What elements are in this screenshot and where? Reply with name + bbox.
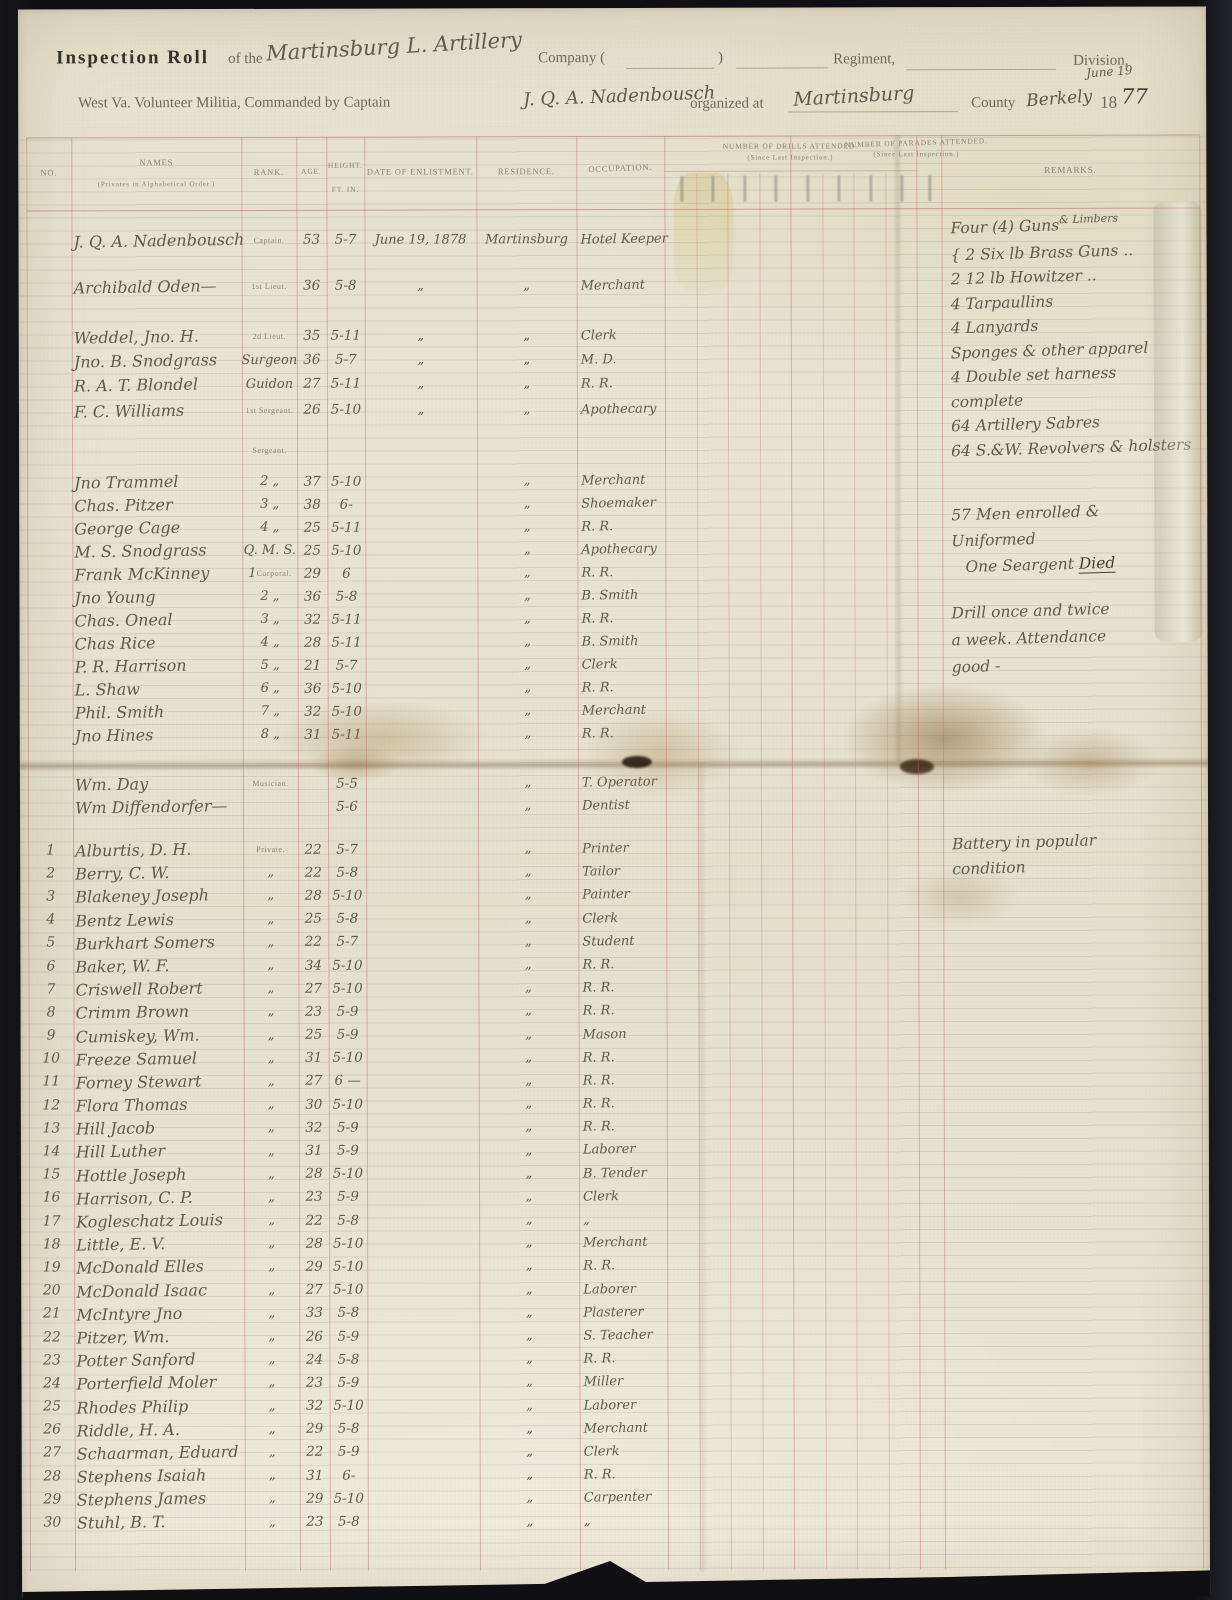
height-cell: 5-8	[329, 1209, 367, 1232]
occupation-cell: R. R.	[579, 1346, 671, 1371]
height-cell: 5-8	[329, 1348, 367, 1371]
residence-cell: „	[480, 1463, 580, 1486]
rank-cell: 1st Lieut.	[242, 274, 297, 298]
height-cell: 6-	[330, 1464, 368, 1487]
rank-cell: 3 „	[242, 608, 297, 631]
remarks-condition-note: Battery in popularcondition	[952, 828, 1202, 878]
age-cell: 36	[297, 348, 327, 372]
height-cell: 5-10	[327, 398, 365, 422]
roster-row: 16Harrison, C. P.„ 235-9„Clerk	[21, 1183, 1209, 1209]
residence-cell: „	[478, 794, 578, 817]
name-cell: Riddle, H. A.	[76, 1416, 244, 1442]
age-cell: 28	[298, 631, 328, 654]
name-cell: Crimm Brown	[75, 999, 243, 1025]
occupation-cell: R. R.	[579, 1114, 671, 1139]
rank-cell: 3 „	[242, 493, 297, 516]
residence-cell: „	[479, 1347, 579, 1370]
occupation-cell: R. R.	[577, 560, 669, 585]
row-number: 1	[28, 838, 73, 861]
rank-printed: Private.	[256, 845, 285, 854]
occupation-cell: Shoemaker	[577, 491, 669, 516]
height-cell: 5-10	[327, 470, 365, 493]
age-cell: 32	[297, 608, 327, 631]
occupation-cell: Laborer	[579, 1138, 671, 1163]
residence-cell: „	[477, 371, 577, 395]
height-cell: 5-9	[329, 1116, 367, 1139]
name-cell: Kogleschatz Louis	[76, 1208, 244, 1234]
residence-cell: „	[478, 976, 578, 999]
roster-row: 5Burkhart Somers„ 225-7„Student	[20, 928, 1208, 954]
residence-cell: „	[478, 676, 578, 699]
residence-cell: „	[479, 1046, 579, 1069]
occupation-cell: R. R.	[579, 1254, 671, 1279]
col-header-height-units: Ft. In.	[326, 185, 364, 195]
residence-cell: „	[477, 584, 577, 607]
age-cell: 29	[300, 1487, 330, 1510]
height-cell: 5-9	[329, 1139, 367, 1162]
age-cell: 34	[298, 954, 328, 977]
row-number: 22	[29, 1325, 74, 1348]
row-number: 24	[29, 1372, 74, 1395]
age-cell: 22	[298, 838, 328, 861]
remark-superscript: & Limbers	[1059, 212, 1118, 227]
rank-handwritten: 3 „	[260, 497, 279, 512]
remarks-enrollment-note: 57 Men enrolled &Uniformed One Seargent …	[951, 498, 1201, 577]
row-number: 27	[30, 1441, 75, 1464]
row-number: 9	[29, 1024, 74, 1047]
name-cell: Weddel, Jno. H.	[74, 323, 242, 350]
residence-cell: „	[479, 1185, 579, 1208]
age-cell: 24	[299, 1348, 329, 1371]
row-number: 20	[29, 1279, 74, 1302]
height-cell: 5-9	[329, 1023, 367, 1046]
rank-handwritten: 6 „	[261, 681, 280, 696]
age-cell: 37	[297, 470, 327, 493]
county-handwritten: Berkely	[1026, 86, 1093, 111]
rank-cell: „	[244, 1302, 299, 1325]
rank-handwritten: „	[269, 1352, 276, 1367]
roster-row: 22Pitzer, Wm.„ 265-9„S. Teacher	[21, 1322, 1209, 1348]
name-cell: Phil. Smith	[75, 699, 243, 725]
bottom-edge-tear	[22, 1554, 1210, 1599]
name-cell: Jno Trammel	[74, 469, 242, 495]
organized-blank	[788, 111, 958, 112]
residence-cell: „	[479, 1370, 579, 1393]
height-cell: 5-8	[330, 1510, 368, 1533]
occupation-cell: Clerk	[577, 652, 669, 677]
height-cell: 5-6	[328, 795, 366, 818]
name-cell: Frank McKinney	[74, 561, 242, 587]
row-number: 25	[30, 1395, 75, 1418]
name-cell: Chas. Oneal	[74, 607, 242, 633]
roster-row: 24Porterfield Moler„ 235-9„Miller	[21, 1369, 1209, 1395]
height-cell: 5-10	[328, 677, 366, 700]
name-cell: Potter Sanford	[76, 1347, 244, 1373]
occupation-cell: Apothecary	[577, 396, 669, 422]
attendance-vertical-label-mark	[838, 175, 841, 201]
name-cell: Blakeney Joseph	[75, 883, 243, 909]
rank-cell: „	[245, 1418, 300, 1441]
residence-cell: „	[480, 1486, 580, 1509]
regiment-label: Regiment,	[833, 51, 895, 68]
residence-cell: „	[478, 699, 578, 722]
name-cell: Schaarman, Eduard	[77, 1440, 245, 1466]
rank-handwritten: 4 „	[260, 635, 279, 650]
rank-cell: 1st Sergeant.	[242, 398, 297, 422]
height-cell: 5-10	[329, 1162, 367, 1185]
occupation-cell: R. R.	[578, 675, 670, 700]
rank-cell: „	[245, 1510, 300, 1533]
rank-handwritten: „	[268, 1143, 275, 1158]
roster-row: 13Hill Jacob„ 325-9„R. R.	[21, 1114, 1209, 1140]
age-cell: 36	[298, 677, 328, 700]
rank-cell: „	[244, 1186, 299, 1209]
rank-handwritten: „	[268, 1306, 275, 1321]
occupation-cell: R. R.	[579, 1068, 671, 1093]
rank-handwritten: „	[269, 1445, 276, 1460]
residence-cell: „	[477, 607, 577, 630]
rank-handwritten: 3 „	[260, 612, 279, 627]
rank-handwritten: „	[267, 912, 274, 927]
name-cell: Stuhl, B. T.	[77, 1509, 245, 1535]
rank-cell: „	[245, 1394, 300, 1417]
height-cell: 5-8	[330, 1417, 368, 1440]
residence-cell: „	[479, 1162, 579, 1185]
residence-cell: „	[478, 630, 578, 653]
height-cell: 5-11	[327, 324, 365, 348]
rank-handwritten: „	[268, 1120, 275, 1135]
rank-handwritten: „	[268, 958, 275, 973]
age-cell: 26	[297, 398, 327, 422]
regiment-blank	[906, 69, 1056, 70]
height-cell: 5-10	[329, 1278, 367, 1301]
rank-cell: „	[243, 907, 298, 930]
name-cell: J. Q. A. Nadenbousch	[73, 227, 241, 254]
height-cell: 5-10	[328, 884, 366, 907]
height-cell: 5-7	[326, 228, 364, 252]
age-cell: 25	[297, 516, 327, 539]
rank-handwritten: „	[269, 1468, 276, 1483]
residence-cell: „	[478, 837, 578, 860]
residence-cell: Martinsburg	[476, 227, 576, 251]
residence-cell: „	[477, 515, 577, 538]
occupation-cell: Laborer	[579, 1393, 671, 1418]
roster-row: 19McDonald Elles„ 295-10„R. R.	[21, 1253, 1209, 1279]
col-header-height: Height.	[326, 161, 364, 171]
height-cell: 5-10	[329, 1093, 367, 1116]
roster-row: 14Hill Luther„ 315-9„Laborer	[21, 1137, 1209, 1163]
rank-cell: „	[244, 1255, 299, 1278]
rank-cell: „	[245, 1464, 300, 1487]
occupation-cell: R. R.	[578, 975, 670, 1000]
residence-cell: „	[477, 397, 577, 421]
name-cell: Jno Young	[74, 584, 242, 610]
age-cell: 25	[298, 907, 328, 930]
col-header-names-sub: (Privates in Alphabetical Order.)	[71, 179, 241, 189]
age-cell: 38	[297, 493, 327, 516]
organized-place-handwritten: Martinsburg	[793, 82, 915, 111]
residence-cell: „	[478, 883, 578, 906]
roster-row: 8Crimm Brown„ 235-9„R. R.	[21, 998, 1209, 1024]
rank-handwritten: „	[268, 1167, 275, 1182]
document-title: Inspection Roll	[56, 47, 209, 69]
rank-cell: 4 „	[242, 516, 297, 539]
row-number: 18	[29, 1233, 74, 1256]
enlistment-cell: June 19, 1878	[364, 227, 476, 251]
residence-cell: „	[477, 469, 577, 492]
row-number: 8	[29, 1001, 74, 1024]
attendance-vertical-label-mark	[928, 175, 931, 201]
name-cell: Jno Hines	[75, 722, 243, 748]
row-number: 6	[28, 954, 73, 977]
roster-row: 28Stephens Isaiah„ 316-„R. R.	[22, 1462, 1210, 1488]
rank-cell: „	[244, 1162, 299, 1185]
rank-cell: 1 Corporal.	[242, 562, 297, 585]
enlistment-cell: „	[365, 273, 477, 297]
year-print: 18	[1100, 93, 1117, 113]
residence-cell: „	[477, 323, 577, 347]
rank-cell: „	[244, 1023, 299, 1046]
rank-handwritten: „	[268, 1190, 275, 1205]
attendance-vertical-label-mark	[901, 175, 904, 201]
residence-cell: „	[477, 347, 577, 371]
rank-handwritten: 5 „	[261, 658, 280, 673]
age-cell: 27	[299, 1070, 329, 1093]
height-cell: 5-11	[327, 608, 365, 631]
height-cell: 5-7	[328, 930, 366, 953]
occupation-cell: Plasterer	[579, 1300, 671, 1325]
occupation-cell: Merchant	[579, 1416, 671, 1441]
rank-cell: „	[244, 1116, 299, 1139]
roster-row: 3Blakeney Joseph„ 285-10„Painter	[20, 882, 1208, 908]
rank-handwritten: „	[268, 1236, 275, 1251]
name-cell: Bentz Lewis	[75, 906, 243, 932]
rank-cell: 4 „	[243, 631, 298, 654]
name-cell: Forney Stewart	[76, 1069, 244, 1095]
occupation-cell: M. D.	[577, 346, 669, 372]
height-cell: 5-11	[328, 723, 366, 746]
row-number: 30	[30, 1511, 75, 1534]
age-cell: 22	[300, 1441, 330, 1464]
height-cell: 5-11	[327, 516, 365, 539]
height-cell: 5-11	[327, 372, 365, 396]
height-cell: 5-10	[328, 700, 366, 723]
height-cell: 5-10	[328, 954, 366, 977]
age-cell: 28	[299, 1162, 329, 1185]
age-cell: 29	[297, 562, 327, 585]
rank-cell: Private.	[243, 838, 298, 861]
occupation-cell: R. R.	[577, 370, 669, 396]
rank-cell: „	[244, 1232, 299, 1255]
residence-cell: „	[477, 273, 577, 297]
occupation-cell: R. R.	[578, 999, 670, 1024]
occupation-cell: Tailor	[578, 859, 670, 884]
roster-row: 18Little, E. V.„ 285-10„Merchant	[21, 1230, 1209, 1256]
name-cell: Chas. Pitzer	[74, 492, 242, 518]
height-cell: 5-10	[329, 1255, 367, 1278]
occupation-cell: B. Smith	[577, 629, 669, 654]
name-cell: Pitzer, Wm.	[76, 1324, 244, 1350]
row-number: 15	[29, 1163, 74, 1186]
height-cell: 6	[327, 562, 365, 585]
date-above-handwritten: June 19	[1086, 63, 1133, 80]
rank-handwritten: 8 „	[261, 727, 280, 742]
occupation-cell: Laborer	[579, 1277, 671, 1302]
row-number: 5	[28, 931, 73, 954]
occupation-cell: Hotel Keeper	[576, 226, 668, 252]
occupation-cell: Merchant	[579, 1230, 671, 1255]
enlistment-cell: „	[365, 347, 477, 371]
height-cell: 5-7	[328, 838, 366, 861]
residence-cell: „	[479, 1324, 579, 1347]
rank-cell: „	[244, 1325, 299, 1348]
rank-cell: 5 „	[243, 654, 298, 677]
age-cell: 22	[299, 1209, 329, 1232]
attendance-vertical-label-mark	[775, 176, 778, 202]
occupation-cell: Painter	[578, 883, 670, 908]
rank-cell: „	[244, 1047, 299, 1070]
company-name-handwritten: Martinsburg L. Artillery	[266, 28, 523, 66]
age-cell: 25	[299, 1023, 329, 1046]
company-blank	[626, 68, 714, 69]
occupation-cell: Clerk	[577, 322, 669, 348]
rank-cell: „	[244, 1371, 299, 1394]
occupation-cell: Apothecary	[577, 537, 669, 562]
rank-printed: Musician.	[252, 779, 288, 788]
rank-handwritten: „	[269, 1375, 276, 1390]
name-cell: Criswell Robert	[75, 976, 243, 1002]
residence-cell: „	[478, 930, 578, 953]
age-cell: 31	[298, 723, 328, 746]
name-cell: Stephens James	[77, 1486, 245, 1512]
rank-handwritten: „	[269, 1398, 276, 1413]
roster-row: 10Freeze Samuel„ 315-10„R. R.	[21, 1044, 1209, 1070]
occupation-cell: Merchant	[577, 468, 669, 493]
rank-cell: Captain.	[241, 228, 296, 252]
age-cell: 29	[300, 1417, 330, 1440]
col-header-no: No.	[26, 167, 71, 177]
height-cell: 5-8	[327, 274, 365, 298]
residence-cell: „	[478, 722, 578, 745]
row-number: 23	[29, 1349, 74, 1372]
residence-cell: „	[479, 999, 579, 1022]
height-cell: 5-8	[327, 585, 365, 608]
residence-cell: „	[477, 538, 577, 561]
year-handwritten: 77	[1121, 85, 1148, 109]
age-cell: 30	[299, 1093, 329, 1116]
residence-cell: „	[478, 953, 578, 976]
name-cell: Alburtis, D. H.	[75, 837, 243, 863]
rank-printed: Sergeant.	[252, 445, 286, 454]
occupation-cell: R. R.	[577, 606, 669, 631]
rank-handwritten: 2 „	[260, 589, 279, 604]
rank-handwritten: „	[268, 981, 275, 996]
roster-row: 25Rhodes Philip„ 325-10„Laborer	[22, 1392, 1210, 1418]
row-number: 14	[29, 1140, 74, 1163]
col-header-age: Age.	[296, 167, 326, 177]
name-cell: Jno. B. Snodgrass	[74, 347, 242, 374]
rank-handwritten: „	[268, 1097, 275, 1112]
residence-cell: „	[479, 1092, 579, 1115]
rank-printed: 1st Lieut.	[252, 281, 287, 290]
residence-cell: „	[478, 860, 578, 883]
roster-row: 11Forney Stewart„ 276 —„R. R.	[21, 1067, 1209, 1093]
height-cell: 5-10	[330, 1487, 368, 1510]
name-cell: Wm. Day	[75, 771, 243, 797]
occupation-cell: T. Operator	[578, 770, 670, 795]
age-cell: 28	[299, 1232, 329, 1255]
age-cell: 23	[299, 1186, 329, 1209]
col-header-residence: Residence.	[476, 166, 576, 176]
occupation-cell: Merchant	[578, 698, 670, 723]
occupation-cell: B. Tender	[579, 1161, 671, 1186]
rank-cell: 6 „	[243, 677, 298, 700]
occupation-cell: R. R.	[580, 1462, 672, 1487]
roster-row: Wm Diffendorfer—5-6„Dentist	[20, 792, 1208, 818]
residence-cell: „	[477, 492, 577, 515]
roster-row: 27Schaarman, Eduard„ 225-9„Clerk	[22, 1438, 1210, 1464]
age-cell: 23	[299, 1371, 329, 1394]
col-header-enlistment: Date of Enlistment.	[364, 166, 476, 176]
attendance-vertical-label-mark	[712, 176, 715, 202]
rank-cell: „	[244, 1070, 299, 1093]
rank-handwritten: „	[267, 865, 274, 880]
name-cell: Harrison, C. P.	[76, 1185, 244, 1211]
enlistment-cell: „	[365, 371, 477, 395]
row-number: 7	[28, 978, 73, 1001]
occupation-cell: Miller	[579, 1370, 671, 1395]
rank-cell: Surgeon	[242, 348, 297, 372]
age-cell: 36	[297, 585, 327, 608]
rank-cell: Sergeant.	[242, 442, 297, 458]
rank-handwritten: „	[269, 1514, 276, 1529]
rank-handwritten: „	[268, 1004, 275, 1019]
roster-row: 12Flora Thomas„ 305-10„R. R.	[21, 1091, 1209, 1117]
name-cell: McDonald Elles	[76, 1254, 244, 1280]
occupation-cell: R. R.	[578, 952, 670, 977]
row-number: 29	[30, 1488, 75, 1511]
occupation-cell: Mason	[578, 1022, 670, 1047]
row-number: 3	[28, 885, 73, 908]
age-cell: 27	[299, 1278, 329, 1301]
height-cell: 5-11	[328, 631, 366, 654]
attendance-vertical-label-mark	[680, 176, 683, 202]
col-header-rank: Rank.	[241, 167, 296, 177]
rank-handwritten: Surgeon	[241, 352, 297, 367]
height-cell: 5-7	[328, 654, 366, 677]
age-cell: 25	[297, 539, 327, 562]
rank-cell: „	[243, 977, 298, 1000]
age-cell: 28	[298, 884, 328, 907]
document-sheet: Inspection Roll of the Martinsburg L. Ar…	[18, 6, 1210, 1597]
remark-line: good -	[951, 647, 1202, 681]
height-cell: 6 —	[329, 1070, 367, 1093]
residence-cell: „	[477, 561, 577, 584]
company-label: Company (	[538, 50, 605, 67]
col-header-occupation: Occupation.	[576, 161, 664, 174]
rank-cell: „	[244, 1093, 299, 1116]
residence-cell: „	[478, 653, 578, 676]
attendance-vertical-label-mark	[806, 175, 809, 201]
rank-handwritten: 2 „	[260, 474, 279, 489]
occupation-cell: R. R.	[578, 721, 670, 746]
residence-cell: „	[480, 1440, 580, 1463]
age-cell: 31	[299, 1139, 329, 1162]
rank-cell: „	[244, 1348, 299, 1371]
age-cell: 23	[300, 1510, 330, 1533]
roster-row: 6Baker, W. F.„ 345-10„R. R.	[20, 951, 1208, 977]
roster-row: 17Kogleschatz Louis„ 225-8„„	[21, 1206, 1209, 1232]
